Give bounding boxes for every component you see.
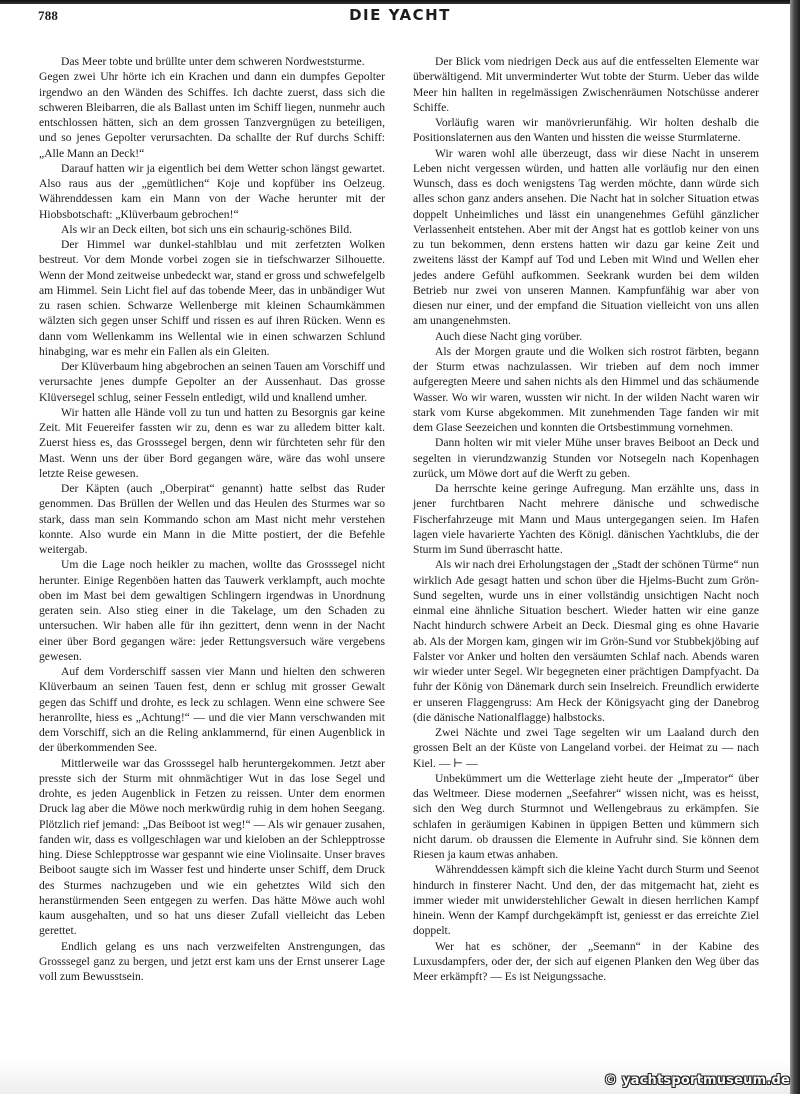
- paragraph: Auf dem Vorderschiff sassen vier Mann un…: [39, 664, 385, 756]
- paragraph: Dann holten wir mit vieler Mühe unser br…: [413, 435, 759, 481]
- paragraph: Mittlerweile war das Grosssegel halb her…: [39, 756, 385, 939]
- paragraph: Endlich gelang es uns nach verzweifelten…: [39, 939, 385, 985]
- paragraph: Vorläufig waren wir manövrierunfähig. Wi…: [413, 115, 759, 146]
- book-spine-shadow: [790, 0, 800, 1094]
- left-column: Das Meer tobte und brüllte unter dem sch…: [39, 54, 385, 984]
- paragraph: Der Himmel war dunkel-stahlblau und mit …: [39, 237, 385, 359]
- scan-top-edge: [0, 0, 800, 4]
- right-column: Der Blick vom niedrigen Deck aus auf die…: [413, 54, 759, 984]
- paragraph: Der Klüverbaum hing abgebrochen an seine…: [39, 359, 385, 405]
- paragraph: Gegen zwei Uhr hörte ich ein Krachen und…: [39, 69, 385, 161]
- paragraph: Wir waren wohl alle überzeugt, dass wir …: [413, 146, 759, 329]
- paragraph: Wer hat es schöner, der „Seemann“ in der…: [413, 939, 759, 985]
- paragraph: Wir hatten alle Hände voll zu tun und ha…: [39, 405, 385, 481]
- paragraph: Als der Morgen graute und die Wolken sic…: [413, 344, 759, 436]
- paragraph: Das Meer tobte und brüllte unter dem sch…: [39, 54, 385, 69]
- journal-title: DIE YACHT: [0, 6, 800, 24]
- paragraph: Der Käpten (auch „Oberpirat“ genannt) ha…: [39, 481, 385, 557]
- paragraph: Unbekümmert um die Wetterlage zieht heut…: [413, 771, 759, 863]
- paragraph: Als wir nach drei Erholungstagen der „St…: [413, 557, 759, 725]
- paragraph: Auch diese Nacht ging vorüber.: [413, 329, 759, 344]
- copyright-watermark: © yachtsportmuseum.de: [604, 1073, 790, 1088]
- paragraph: Um die Lage noch heikler zu machen, woll…: [39, 557, 385, 664]
- paragraph: Darauf hatten wir ja eigentlich bei dem …: [39, 161, 385, 222]
- paragraph: Da herrschte keine geringe Aufregung. Ma…: [413, 481, 759, 557]
- paragraph: Der Blick vom niedrigen Deck aus auf die…: [413, 54, 759, 115]
- paragraph: Währenddessen kämpft sich die kleine Yac…: [413, 862, 759, 938]
- paragraph: Als wir an Deck eilten, bot sich uns ein…: [39, 222, 385, 237]
- paragraph: Zwei Nächte und zwei Tage segelten wir u…: [413, 725, 759, 771]
